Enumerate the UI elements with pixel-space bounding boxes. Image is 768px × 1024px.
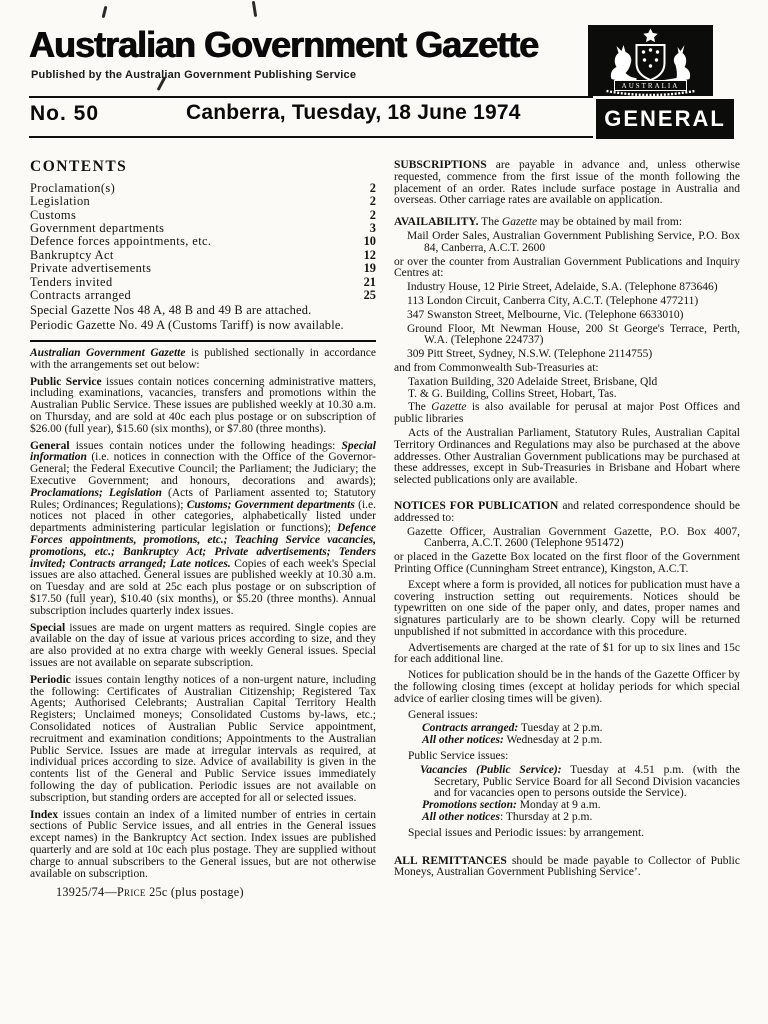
canberra-address: 113 London Circuit, Canberra City, A.C.T… — [394, 296, 740, 308]
general-issues-paragraph: General issues contain notices under the… — [30, 441, 376, 618]
contents-entry: Legislation2 — [30, 195, 376, 208]
contents-entry: Bankruptcy Act12 — [30, 249, 376, 262]
subscriptions-paragraph: SUBSCRIPTIONS are payable in advance and… — [394, 160, 740, 207]
text-run: Monday at 9 a.m. — [517, 799, 601, 811]
emblem-label: AUSTRALIA — [622, 82, 680, 90]
availability-paragraph: AVAILABILITY. The Gazette may be obtaine… — [394, 217, 740, 229]
text-run: or over the counter from Australian Gove… — [394, 256, 740, 280]
issue-number: No. 50 — [30, 102, 99, 126]
contents-entry-label: Customs — [30, 209, 76, 222]
gazette-page: Australian Government Gazette Published … — [0, 0, 768, 1024]
public-service-issues-heading-line: Public Service issues: — [408, 751, 740, 763]
text-run: may be obtained by mail from: — [537, 216, 682, 228]
melbourne-address: 347 Swanston Street, Melbourne, Vic. (Te… — [394, 310, 740, 322]
text-run: Contracts arranged: — [422, 722, 518, 734]
hobart-address: T. & G. Building, Collins Street, Hobart… — [408, 389, 740, 401]
ps-other-notices-time-line: All other notices: Thursday at 2 p.m. — [422, 812, 740, 824]
text-run: Notices for publication should be in the… — [394, 669, 740, 705]
special-issues-paragraph: Special issues are made on urgent matter… — [30, 623, 376, 670]
pen-mark — [102, 6, 108, 18]
remittances-paragraph: ALL REMITTANCES should be made payable t… — [394, 856, 740, 880]
right-column: SUBSCRIPTIONS are payable in advance and… — [394, 160, 740, 879]
text-run: General — [30, 440, 70, 452]
contents-entry-label: Private advertisements — [30, 262, 151, 275]
vacancies-time-block: Vacancies (Public Service): Tuesday at 4… — [394, 765, 740, 800]
text-run: ALL REMITTANCES — [394, 855, 507, 867]
text-run: The — [479, 216, 502, 228]
coat-of-arms-box: AUSTRALIA — [588, 25, 713, 96]
gazette-box-paragraph: or placed in the Gazette Box located on … — [394, 552, 740, 576]
text-run: Except where a form is provided, all not… — [394, 579, 740, 638]
index-issues-paragraph: Index issues contain an index of a limit… — [30, 810, 376, 881]
contents-entry-page: 19 — [364, 262, 376, 275]
text-run: Index — [30, 809, 58, 821]
general-other-notices-time-line: All other notices: Wednesday at 2 p.m. — [422, 735, 740, 747]
gazette-officer-address: Gazette Officer, Australian Government G… — [394, 527, 740, 551]
contents-entry-label: Defence forces appointments, etc. — [30, 235, 211, 248]
text-run: 113 London Circuit, Canberra City, A.C.T… — [407, 295, 698, 307]
text-run: issues contain lengthy notices of a non-… — [30, 674, 376, 804]
text-run: Vacancies (Public Service): — [420, 764, 562, 776]
contents-divider-rule — [30, 340, 376, 342]
edition-badge: GENERAL — [596, 99, 734, 139]
contents-notes: Special Gazette Nos 48 A, 48 B and 49 B … — [30, 304, 376, 333]
contents-entry: Customs2 — [30, 209, 376, 222]
sydney-address: 309 Pitt Street, Sydney, N.S.W. (Telepho… — [394, 349, 740, 361]
contents-entry-page: 2 — [370, 195, 376, 208]
text-run: Periodic — [30, 674, 71, 686]
text-run: : Thursday at 2 p.m. — [500, 811, 592, 823]
text-run: Ground Floor, Mt Newman House, 200 St Ge… — [407, 323, 740, 347]
text-run: Customs; Government departments — [187, 499, 355, 511]
text-run: 13925/74— — [56, 885, 117, 899]
contents-note: Special Gazette Nos 48 A, 48 B and 49 B … — [30, 304, 376, 318]
special-periodic-arrangement-line: Special issues and Periodic issues: by a… — [408, 828, 740, 840]
text-run: Proclamations; Legislation — [30, 487, 162, 499]
text-run: Tuesday at 2 p.m. — [518, 722, 602, 734]
text-run: Advertisements are charged at the rate o… — [394, 642, 740, 666]
contents-entry: Government departments3 — [30, 222, 376, 235]
acts-paragraph: Acts of the Australian Parliament, Statu… — [394, 428, 740, 487]
contents-entry-label: Tenders invited — [30, 276, 113, 289]
perusal-paragraph: The Gazette is also available for perusa… — [394, 402, 740, 426]
contents-heading: CONTENTS — [30, 161, 376, 173]
contents-entry: Tenders invited21 — [30, 276, 376, 289]
text-run: Wednesday at 2 p.m. — [504, 734, 603, 746]
advertisement-rates-paragraph: Advertisements are charged at the rate o… — [394, 643, 740, 667]
contents-entry-label: Contracts arranged — [30, 289, 131, 302]
text-run: The — [408, 401, 431, 413]
text-run: 309 Pitt Street, Sydney, N.S.W. (Telepho… — [407, 348, 652, 360]
issue-date: Canberra, Tuesday, 18 June 1974 — [186, 101, 521, 125]
covering-instruction-paragraph: Except where a form is provided, all not… — [394, 580, 740, 639]
contents-entry-label: Proclamation(s) — [30, 182, 115, 195]
adelaide-address: Industry House, 12 Pirie Street, Adelaid… — [394, 282, 740, 294]
text-run: Australian Government Gazette — [30, 347, 185, 359]
text-run: or placed in the Gazette Box located on … — [394, 551, 740, 575]
contents-entry-label: Bankruptcy Act — [30, 249, 114, 262]
contents-entry: Proclamation(s)2 — [30, 182, 376, 195]
header-rule-top — [29, 96, 593, 98]
text-run: Price — [117, 885, 146, 899]
contents-entry-page: 10 — [364, 235, 376, 248]
contents-list: Proclamation(s)2Legislation2Customs2Gove… — [30, 182, 376, 303]
left-column: CONTENTS Proclamation(s)2Legislation2Cus… — [30, 160, 376, 899]
contents-entry-page: 21 — [364, 276, 376, 289]
text-run: Public Service — [30, 376, 102, 388]
gazette-subtitle: Published by the Australian Government P… — [31, 69, 356, 81]
text-run: Gazette — [431, 401, 466, 413]
notices-for-publication-paragraph: NOTICES FOR PUBLICATION and related corr… — [394, 501, 740, 525]
text-run: All other notices: — [422, 734, 504, 746]
contents-entry: Private advertisements19 — [30, 262, 376, 275]
contents-entry: Contracts arranged25 — [30, 289, 376, 302]
contents-entry: Defence forces appointments, etc.10 — [30, 235, 376, 248]
contents-entry-page: 25 — [364, 289, 376, 302]
text-run: Acts of the Australian Parliament, Statu… — [394, 427, 740, 486]
text-run: Taxation Building, 320 Adelaide Street, … — [408, 376, 657, 388]
public-service-paragraph: Public Service issues contain notices co… — [30, 377, 376, 436]
coat-of-arms-icon: AUSTRALIA — [588, 25, 713, 96]
text-run: T. & G. Building, Collins Street, Hobart… — [408, 388, 617, 400]
text-run: Promotions section: — [422, 799, 517, 811]
contents-entry-page: 12 — [364, 249, 376, 262]
text-run: All other notices — [422, 811, 500, 823]
text-run: issues contain an index of a limited num… — [30, 809, 376, 880]
text-run: Special — [30, 622, 65, 634]
contents-entry-label: Legislation — [30, 195, 90, 208]
perth-address: Ground Floor, Mt Newman House, 200 St Ge… — [394, 324, 740, 348]
header-rule-bottom — [29, 136, 593, 138]
contents-note: Periodic Gazette No. 49 A (Customs Tarif… — [30, 319, 376, 333]
contents-entry-page: 3 — [370, 222, 376, 235]
text-run: issues are made on urgent matters as req… — [30, 622, 376, 669]
text-run: and from Commonwealth Sub-Treasuries at: — [394, 362, 599, 374]
text-run: NOTICES FOR PUBLICATION — [394, 500, 558, 512]
imprint-line: 13925/74—Price 25c (plus postage) — [56, 887, 376, 899]
mail-order-address: Mail Order Sales, Australian Government … — [394, 231, 740, 255]
text-run: 347 Swanston Street, Melbourne, Vic. (Te… — [407, 309, 683, 321]
intro-paragraph: Australian Government Gazette is publish… — [30, 348, 376, 372]
pen-mark — [252, 1, 257, 17]
text-run: Public Service issues: — [408, 750, 508, 762]
gazette-title: Australian Government Gazette — [29, 24, 538, 66]
general-issues-heading-line: General issues: — [408, 710, 740, 722]
text-run: Special issues and Periodic issues: by a… — [408, 827, 644, 839]
text-run: 25c (plus postage) — [146, 885, 244, 899]
text-run: Gazette Officer, Australian Government G… — [407, 526, 740, 550]
text-run: Gazette — [502, 216, 537, 228]
text-run: AVAILABILITY. — [394, 216, 479, 228]
contents-entry-label: Government departments — [30, 222, 164, 235]
periodic-issues-paragraph: Periodic issues contain lengthy notices … — [30, 675, 376, 805]
text-run: Mail Order Sales, Australian Government … — [407, 230, 740, 254]
contents-entry-page: 2 — [370, 182, 376, 195]
text-run: Industry House, 12 Pirie Street, Adelaid… — [407, 281, 718, 293]
text-run: General issues: — [408, 709, 478, 721]
text-run: SUBSCRIPTIONS — [394, 159, 487, 171]
text-run: issues contain notices under the followi… — [70, 440, 342, 452]
sub-treasuries-line: and from Commonwealth Sub-Treasuries at: — [394, 363, 740, 375]
left-column-body: Australian Government Gazette is publish… — [30, 348, 376, 880]
over-the-counter-line: or over the counter from Australian Gove… — [394, 257, 740, 281]
contents-entry-page: 2 — [370, 209, 376, 222]
closing-times-paragraph: Notices for publication should be in the… — [394, 670, 740, 705]
